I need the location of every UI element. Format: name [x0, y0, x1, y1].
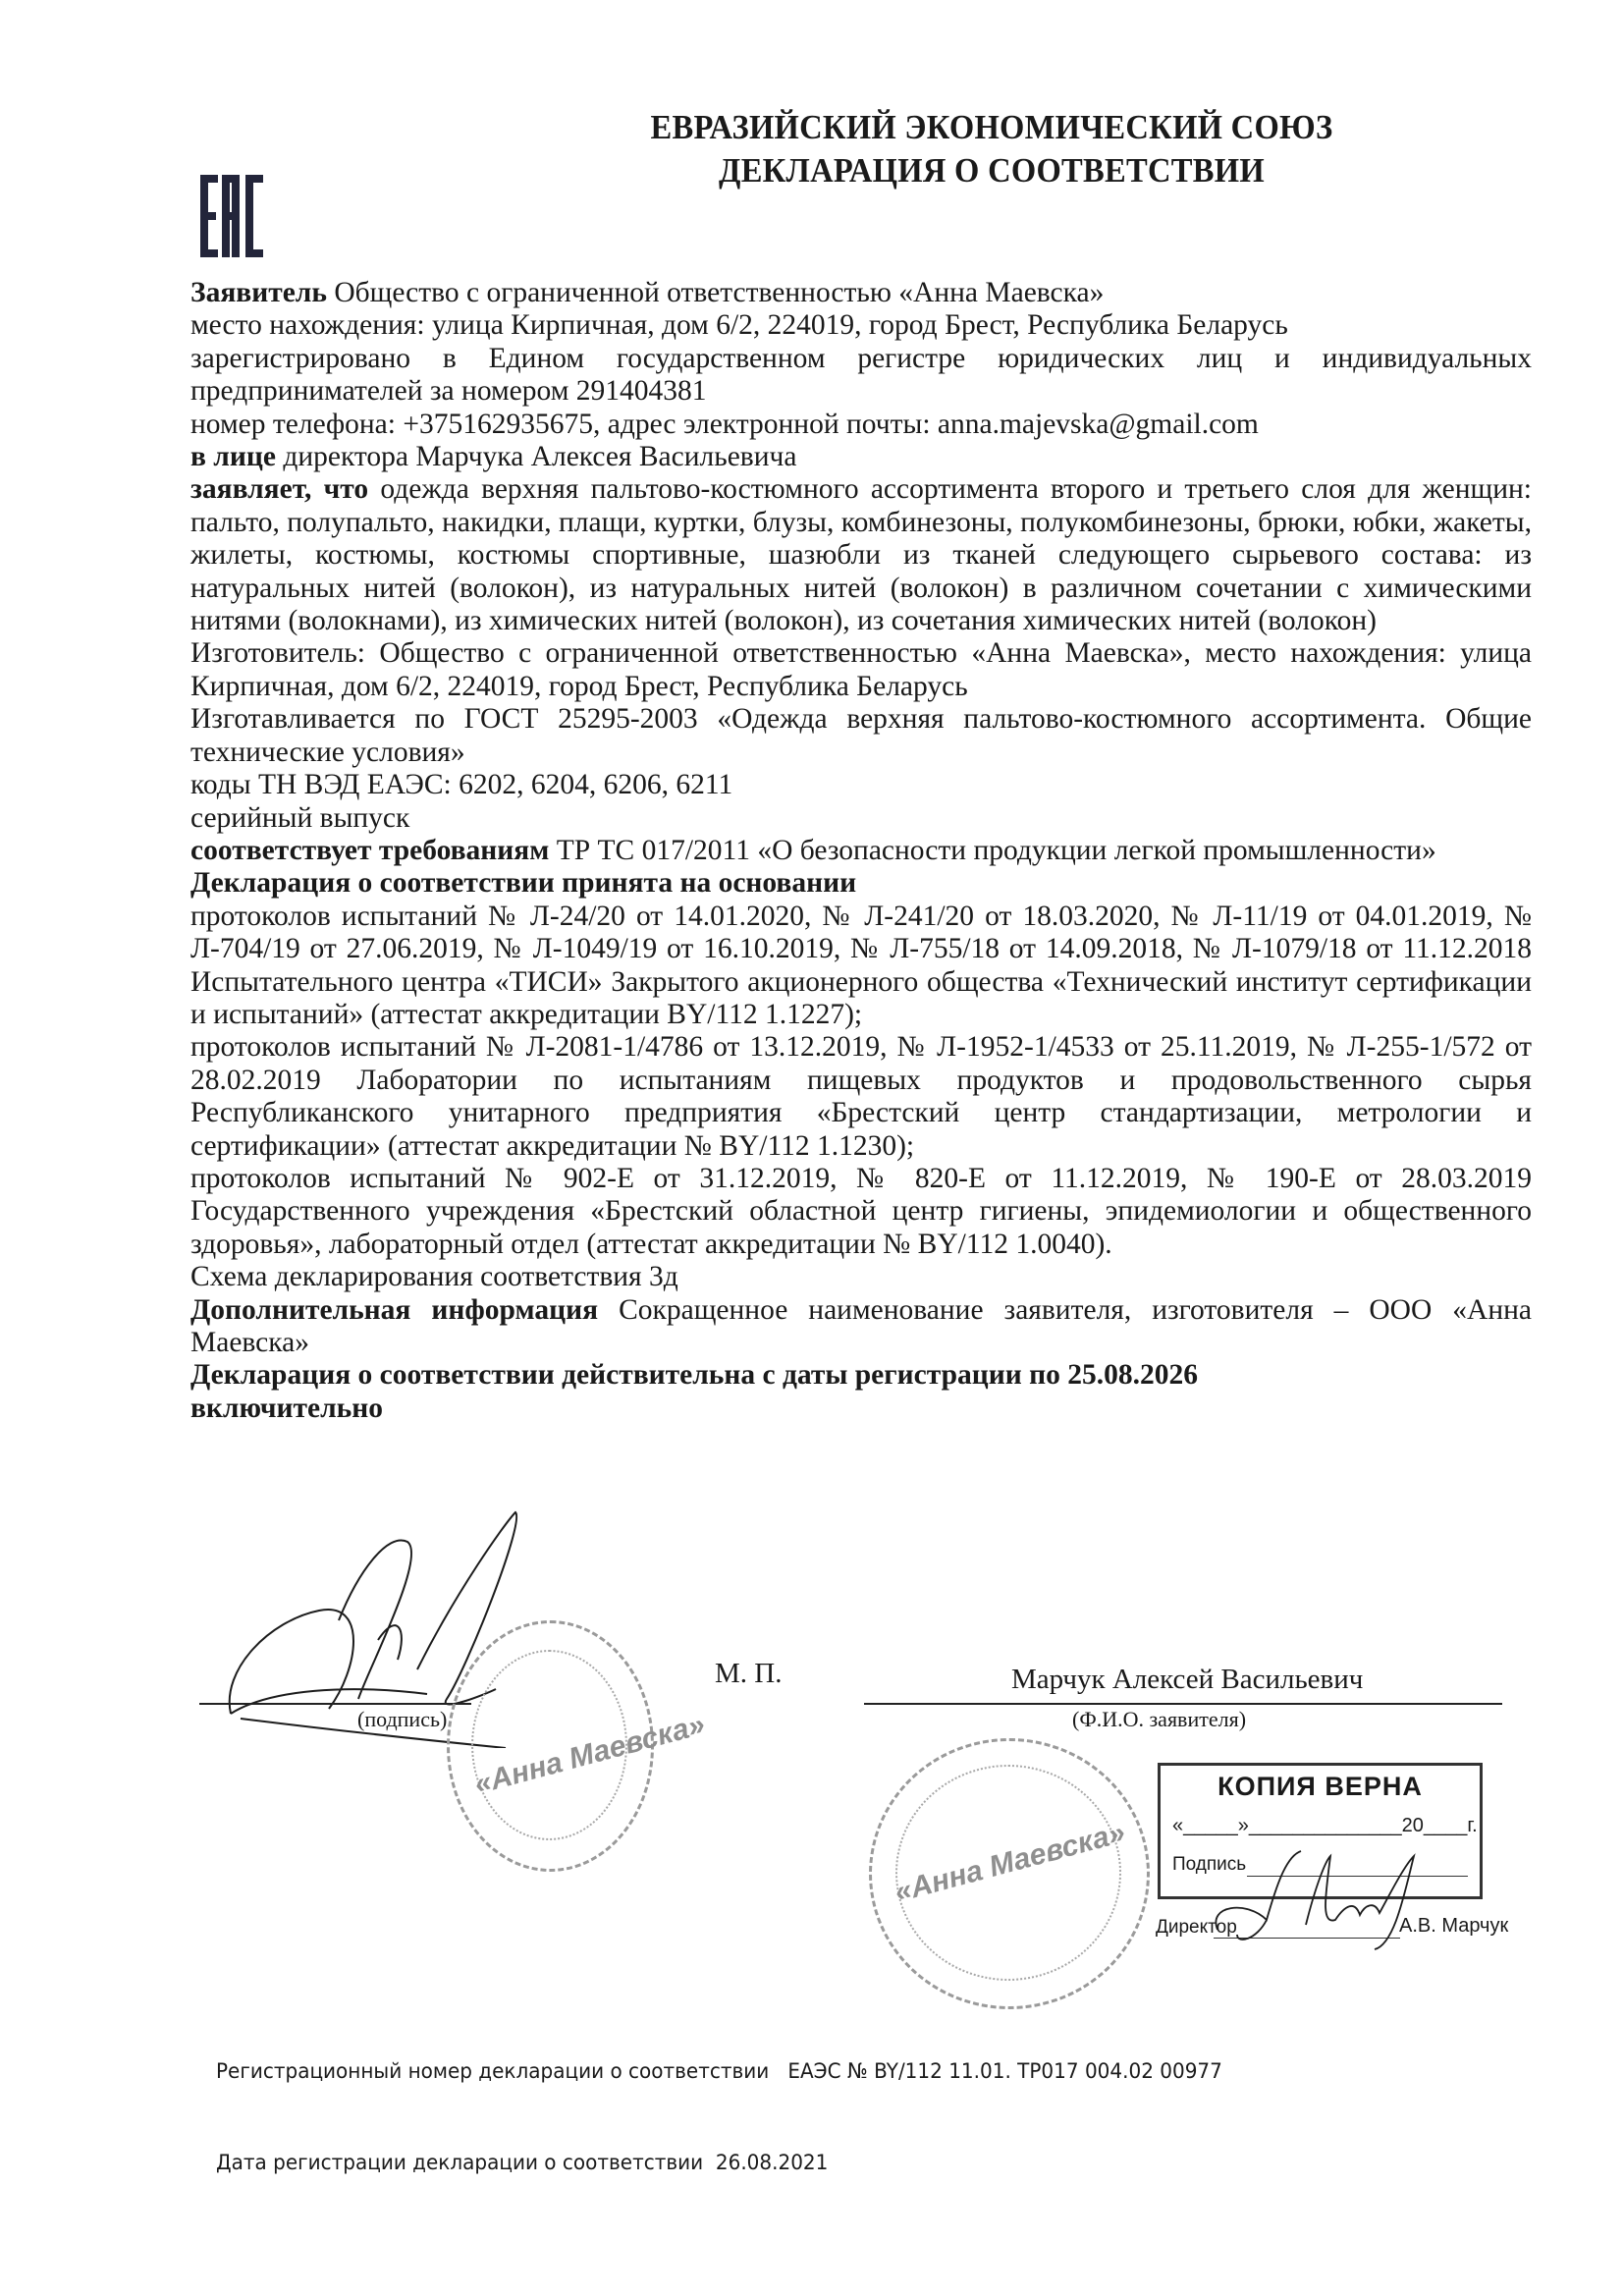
applicant-contacts: номер телефона: +375162935675, адрес эле…	[190, 409, 1532, 441]
additional-label: Дополнительная информация	[190, 1294, 598, 1326]
conforms-label: соответствует требованиям	[190, 835, 549, 866]
production-type: серийный выпуск	[190, 802, 1532, 835]
declaration-scheme: Схема декларирования соответствия 3д	[190, 1261, 1532, 1293]
signer-name: Марчук Алексей Васильевич	[1011, 1664, 1363, 1696]
signature-caption: (подпись)	[357, 1707, 447, 1732]
manufacturer: Изготовитель: Общество с ограниченной от…	[190, 637, 1532, 703]
additional-info: Дополнительная информация Сокращенное на…	[190, 1294, 1532, 1360]
conforms-text: ТР ТС 017/2011 «О безопасности продукции…	[549, 835, 1435, 866]
seal-place-label: М. П.	[715, 1658, 782, 1690]
director-signature-icon	[1208, 1846, 1424, 1954]
represented-label: в лице	[190, 441, 276, 472]
applicant-label: Заявитель	[190, 277, 327, 308]
conformity-requirements: соответствует требованиям ТР ТС 017/2011…	[190, 835, 1532, 867]
applicant-line: Заявитель Общество с ограниченной ответс…	[190, 277, 1532, 309]
registration-date-row: Дата регистрации декларации о соответств…	[216, 2148, 1222, 2178]
document-header: ЕВРАЗИЙСКИЙ ЭКОНОМИЧЕСКИЙ СОЮЗ ДЕКЛАРАЦИ…	[581, 106, 1403, 192]
basis-protocols-hygiene-center: протоколов испытаний № 902-Е от 31.12.20…	[190, 1163, 1532, 1261]
signer-name-line	[864, 1703, 1502, 1705]
applicant-name: Общество с ограниченной ответственностью…	[327, 277, 1104, 308]
certified-copy-title: КОПИЯ ВЕРНА	[1161, 1772, 1480, 1802]
product-text: одежда верхняя пальтово-костюмного ассор…	[190, 473, 1532, 636]
document-title: ДЕКЛАРАЦИЯ О СООТВЕТСТВИИ	[581, 149, 1403, 192]
registration-footer: Регистрационный номер декларации о соотв…	[216, 1995, 1222, 2239]
signature-line	[199, 1703, 471, 1705]
union-title: ЕВРАЗИЙСКИЙ ЭКОНОМИЧЕСКИЙ СОЮЗ	[581, 106, 1403, 149]
basis-protocols-brest-csms: протоколов испытаний № Л-2081-1/4786 от …	[190, 1031, 1532, 1163]
applicant-address: место нахождения: улица Кирпичная, дом 6…	[190, 309, 1532, 342]
eac-mark-icon	[200, 175, 263, 257]
registration-number-label: Регистрационный номер декларации о соотв…	[216, 2059, 769, 2084]
basis-heading: Декларация о соответствии принята на осн…	[190, 867, 1532, 900]
represented-by-line: в лице директора Марчука Алексея Василье…	[190, 441, 1532, 473]
signer-name-caption: (Ф.И.О. заявителя)	[1072, 1707, 1246, 1732]
applicant-registration: зарегистрировано в Едином государственно…	[190, 343, 1532, 409]
registration-number: ЕАЭС № BY/112 11.01. ТР017 004.02 00977	[787, 2059, 1222, 2084]
certified-copy-date: «_____»______________20____г.	[1172, 1815, 1478, 1837]
registration-number-row: Регистрационный номер декларации о соотв…	[216, 2056, 1222, 2087]
declaration-body: Заявитель Общество с ограниченной ответс…	[190, 277, 1532, 1425]
validity-statement: Декларация о соответствии действительна …	[190, 1359, 1329, 1425]
registration-date-label: Дата регистрации декларации о соответств…	[216, 2151, 703, 2175]
manufacturing-standard: Изготавливается по ГОСТ 25295-2003 «Одеж…	[190, 703, 1532, 769]
represented-name: директора Марчука Алексея Васильевича	[276, 441, 796, 472]
registration-date: 26.08.2021	[716, 2151, 828, 2175]
hs-codes: коды ТН ВЭД ЕАЭС: 6202, 6204, 6206, 6211	[190, 769, 1532, 801]
basis-protocols-tisi: протоколов испытаний № Л-24/20 от 14.01.…	[190, 901, 1532, 1032]
declares-label: заявляет, что	[190, 473, 368, 505]
product-description: заявляет, что одежда верхняя пальтово-ко…	[190, 473, 1532, 637]
declaration-document: ЕВРАЗИЙСКИЙ ЭКОНОМИЧЕСКИЙ СОЮЗ ДЕКЛАРАЦИ…	[0, 0, 1623, 2296]
